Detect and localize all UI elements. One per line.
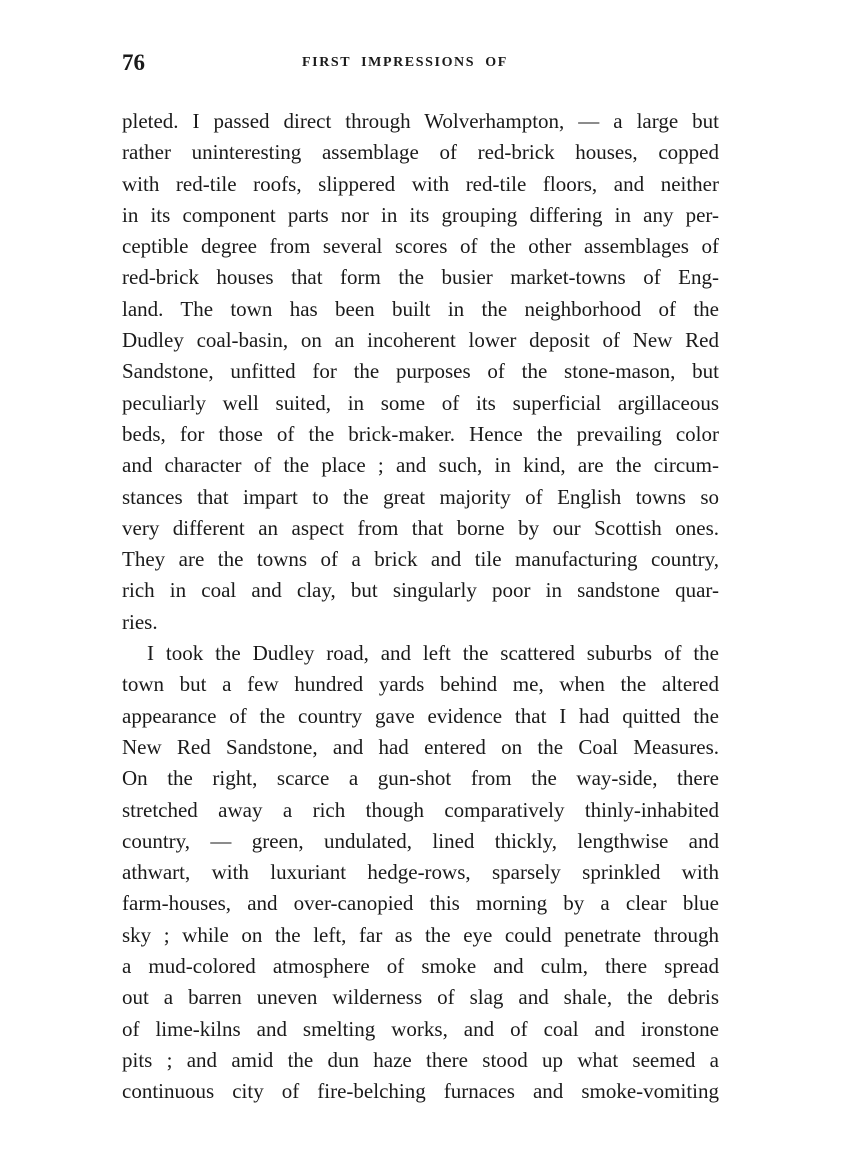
text-line: town but a few hundred yards behind me, … [122,669,719,700]
text-line: peculiarly well suited, in some of its s… [122,388,719,419]
text-line: stances that impart to the great majorit… [122,482,719,513]
text-line: in its component parts nor in its groupi… [122,200,719,231]
text-line: I took the Dudley road, and left the sca… [122,638,719,669]
text-line: beds, for those of the brick-maker. Henc… [122,419,719,450]
body-text: pleted. I passed direct through Wolverha… [122,106,719,1108]
text-line: rather uninteresting assemblage of red-b… [122,137,719,168]
paragraph-1: pleted. I passed direct through Wolverha… [122,106,719,638]
text-line: Sandstone, unfitted for the purposes of … [122,356,719,387]
text-line: pleted. I passed direct through Wolverha… [122,106,719,137]
text-line: stretched away a rich though comparative… [122,795,719,826]
text-line: with red-tile roofs, slippered with red-… [122,169,719,200]
paragraph-2: I took the Dudley road, and left the sca… [122,638,719,1107]
text-line: continuous city of fire-belching furnace… [122,1076,719,1107]
text-line: Dudley coal-basin, on an incoherent lowe… [122,325,719,356]
text-line: pits ; and amid the dun haze there stood… [122,1045,719,1076]
text-line: ries. [122,607,719,638]
text-line: red-brick houses that form the busier ma… [122,262,719,293]
running-head: 76 FIRST IMPRESSIONS OF [122,50,720,80]
text-line: out a barren uneven wilderness of slag a… [122,982,719,1013]
text-line: sky ; while on the left, far as the eye … [122,920,719,951]
text-line: very different an aspect from that borne… [122,513,719,544]
text-line: a mud-colored atmosphere of smoke and cu… [122,951,719,982]
text-line: ceptible degree from several scores of t… [122,231,719,262]
text-line: of lime-kilns and smelting works, and of… [122,1014,719,1045]
text-line: rich in coal and clay, but singularly po… [122,575,719,606]
page-number: 76 [122,50,145,76]
text-line: farm-houses, and over-canopied this morn… [122,888,719,919]
text-line: athwart, with luxuriant hedge-rows, spar… [122,857,719,888]
text-line: On the right, scarce a gun-shot from the… [122,763,719,794]
text-line: New Red Sandstone, and had entered on th… [122,732,719,763]
text-line: They are the towns of a brick and tile m… [122,544,719,575]
running-title: FIRST IMPRESSIONS OF [302,55,508,71]
text-line: country, — green, undulated, lined thick… [122,826,719,857]
text-line: land. The town has been built in the nei… [122,294,719,325]
book-page: 76 FIRST IMPRESSIONS OF pleted. I passed… [0,0,850,1150]
text-line: and character of the place ; and such, i… [122,450,719,481]
text-line: appearance of the country gave evidence … [122,701,719,732]
